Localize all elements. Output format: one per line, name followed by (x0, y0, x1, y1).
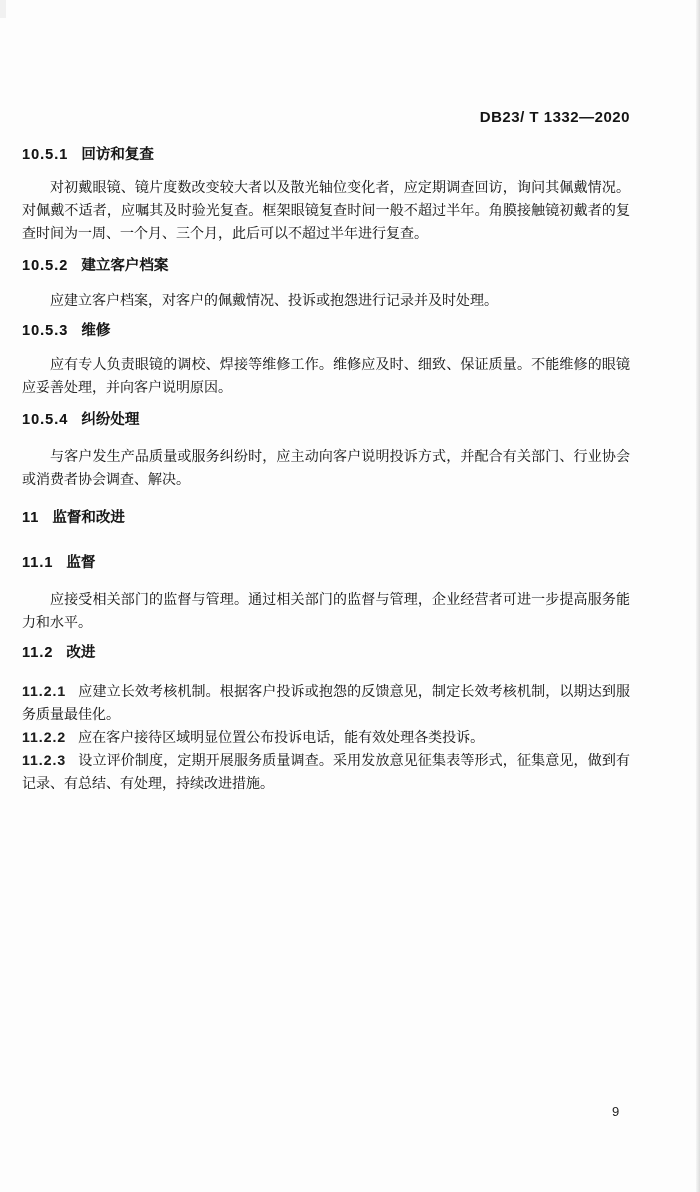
clause-number: 11.1 (22, 555, 53, 571)
clause-title: 回访和复查 (81, 147, 154, 163)
clause-number: 10.5.3 (22, 323, 68, 339)
clause-text: 应建立长效考核机制。根据客户投诉或抱怨的反馈意见，制定长效考核机制，以期达到服务… (22, 683, 630, 722)
clause-text: 应在客户接待区域明显位置公布投诉电话，能有效处理各类投诉。 (78, 729, 484, 745)
clause-title: 监督 (66, 555, 95, 571)
clause-text: 设立评价制度，定期开展服务质量调查。采用发放意见征集表等形式，征集意见，做到有记… (22, 752, 630, 791)
clause-number: 11.2.1 (22, 683, 66, 699)
scan-corner-artifact (0, 0, 6, 18)
clause-item-11-2-1: 11.2.1应建立长效考核机制。根据客户投诉或抱怨的反馈意见，制定长效考核机制，… (22, 680, 630, 726)
clause-number: 10.5.1 (22, 147, 68, 163)
clause-title: 监督和改进 (52, 510, 125, 526)
clause-number: 11.2.2 (22, 729, 66, 745)
body-paragraph: 与客户发生产品质量或服务纠纷时，应主动向客户说明投诉方式，并配合有关部门、行业协… (22, 445, 630, 491)
clause-number: 11.2.3 (22, 752, 66, 768)
section-heading-11: 11监督和改进 (22, 510, 630, 527)
clause-heading-11-2: 11.2改进 (22, 645, 630, 662)
clause-number: 11 (22, 510, 39, 526)
clause-number: 10.5.4 (22, 412, 68, 428)
scan-edge-artifact (696, 0, 700, 1192)
page-content: DB23/ T 1332—2020 10.5.1回访和复查 对初戴眼镜、镜片度数… (22, 0, 630, 795)
body-paragraph: 对初戴眼镜、镜片度数改变较大者以及散光轴位变化者，应定期调查回访，询问其佩戴情况… (22, 176, 630, 245)
clause-title: 纠纷处理 (81, 412, 139, 428)
clause-heading-10-5-3: 10.5.3维修 (22, 323, 630, 340)
page-number: 9 (612, 1104, 619, 1120)
clause-heading-11-1: 11.1监督 (22, 555, 630, 572)
body-paragraph: 应建立客户档案，对客户的佩戴情况、投诉或抱怨进行记录并及时处理。 (22, 289, 630, 312)
document-code: DB23/ T 1332—2020 (22, 110, 630, 126)
scanned-document-page: DB23/ T 1332—2020 10.5.1回访和复查 对初戴眼镜、镜片度数… (0, 0, 700, 1192)
clause-title: 建立客户档案 (81, 258, 168, 274)
clause-item-11-2-2: 11.2.2应在客户接待区域明显位置公布投诉电话，能有效处理各类投诉。 (22, 726, 630, 749)
clause-heading-10-5-4: 10.5.4纠纷处理 (22, 412, 630, 429)
clause-number: 10.5.2 (22, 258, 68, 274)
clause-heading-10-5-1: 10.5.1回访和复查 (22, 147, 630, 164)
body-paragraph: 应有专人负责眼镜的调校、焊接等维修工作。维修应及时、细致、保证质量。不能维修的眼… (22, 353, 630, 399)
clause-heading-10-5-2: 10.5.2建立客户档案 (22, 258, 630, 275)
clause-number: 11.2 (22, 645, 53, 661)
body-paragraph: 应接受相关部门的监督与管理。通过相关部门的监督与管理，企业经营者可进一步提高服务… (22, 588, 630, 634)
clause-item-11-2-3: 11.2.3设立评价制度，定期开展服务质量调查。采用发放意见征集表等形式，征集意… (22, 749, 630, 795)
clause-title: 改进 (66, 645, 95, 661)
clause-title: 维修 (81, 323, 110, 339)
